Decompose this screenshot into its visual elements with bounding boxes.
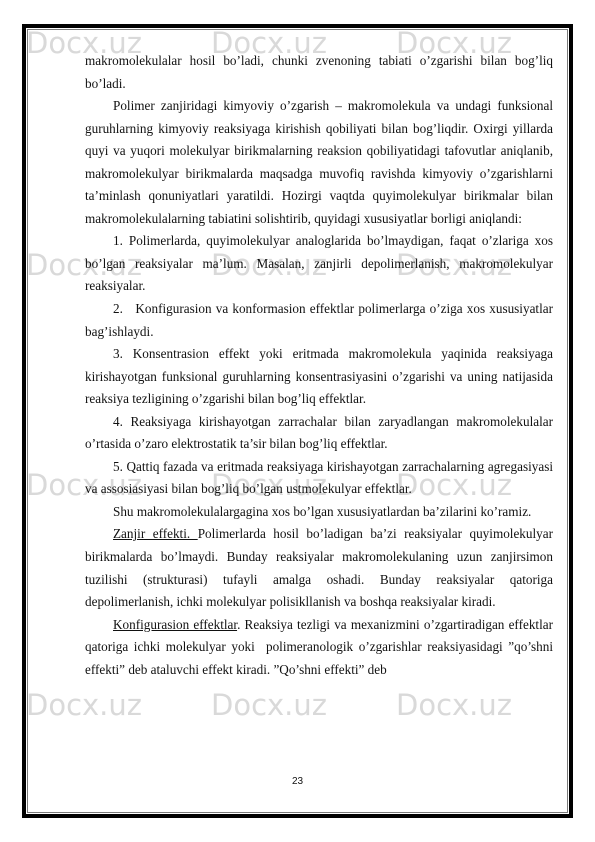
underlined-term: Konfigurasion effektlar (113, 617, 237, 632)
paragraph-zanjir-effekti: Zanjir effekti. Polimerlarda hosil bo’la… (85, 523, 553, 613)
watermark-text: Docx.uz (211, 690, 327, 720)
paragraph: Polimer zanjiridagi kimyoviy o’zgarish –… (85, 95, 553, 230)
list-item-4: 4. Reaksiyaga kirishayotgan zarrachalar … (85, 411, 553, 456)
paragraph: Shu makromolekulalargagina xos bo’lgan x… (85, 501, 553, 524)
watermark-row: Docx.uz Docx.uz Docx.uz (22, 690, 595, 720)
list-item-2: 2. Konfigurasion va konformasion effektl… (85, 298, 553, 343)
paragraph-text: 2. Konfigurasion va konformasion effektl… (85, 301, 556, 339)
paragraph-text: 1. Polimerlarda, quyimolekulyar analogla… (85, 233, 553, 293)
list-item-1: 1. Polimerlarda, quyimolekulyar analogla… (85, 230, 553, 298)
paragraph-text: makromolekulalar hosil bo’ladi, chunki z… (85, 53, 553, 91)
list-item-3: 3. Konsentrasion effekt yoki eritmada ma… (85, 343, 553, 411)
document-body: makromolekulalar hosil bo’ladi, chunki z… (85, 50, 553, 681)
paragraph-text: 5. Qattiq fazada va eritmada reaksiyaga … (85, 459, 553, 497)
watermark-text: Docx.uz (396, 690, 512, 720)
paragraph: makromolekulalar hosil bo’ladi, chunki z… (85, 50, 553, 95)
page-number: 23 (0, 776, 595, 787)
watermark-text: Docx.uz (26, 690, 142, 720)
paragraph-text: 3. Konsentrasion effekt yoki eritmada ma… (85, 346, 553, 406)
paragraph-text: Polimer zanjiridagi kimyoviy o’zgarish –… (85, 98, 553, 226)
paragraph-text: 4. Reaksiyaga kirishayotgan zarrachalar … (85, 414, 553, 452)
list-item-5: 5. Qattiq fazada va eritmada reaksiyaga … (85, 456, 553, 501)
paragraph-konfigurasion-effektlar: Konfigurasion effektlar. Reaksiya tezlig… (85, 614, 553, 682)
underlined-term: Zanjir effekti. (113, 526, 198, 541)
paragraph-text: Shu makromolekulalargagina xos bo’lgan x… (113, 504, 531, 519)
